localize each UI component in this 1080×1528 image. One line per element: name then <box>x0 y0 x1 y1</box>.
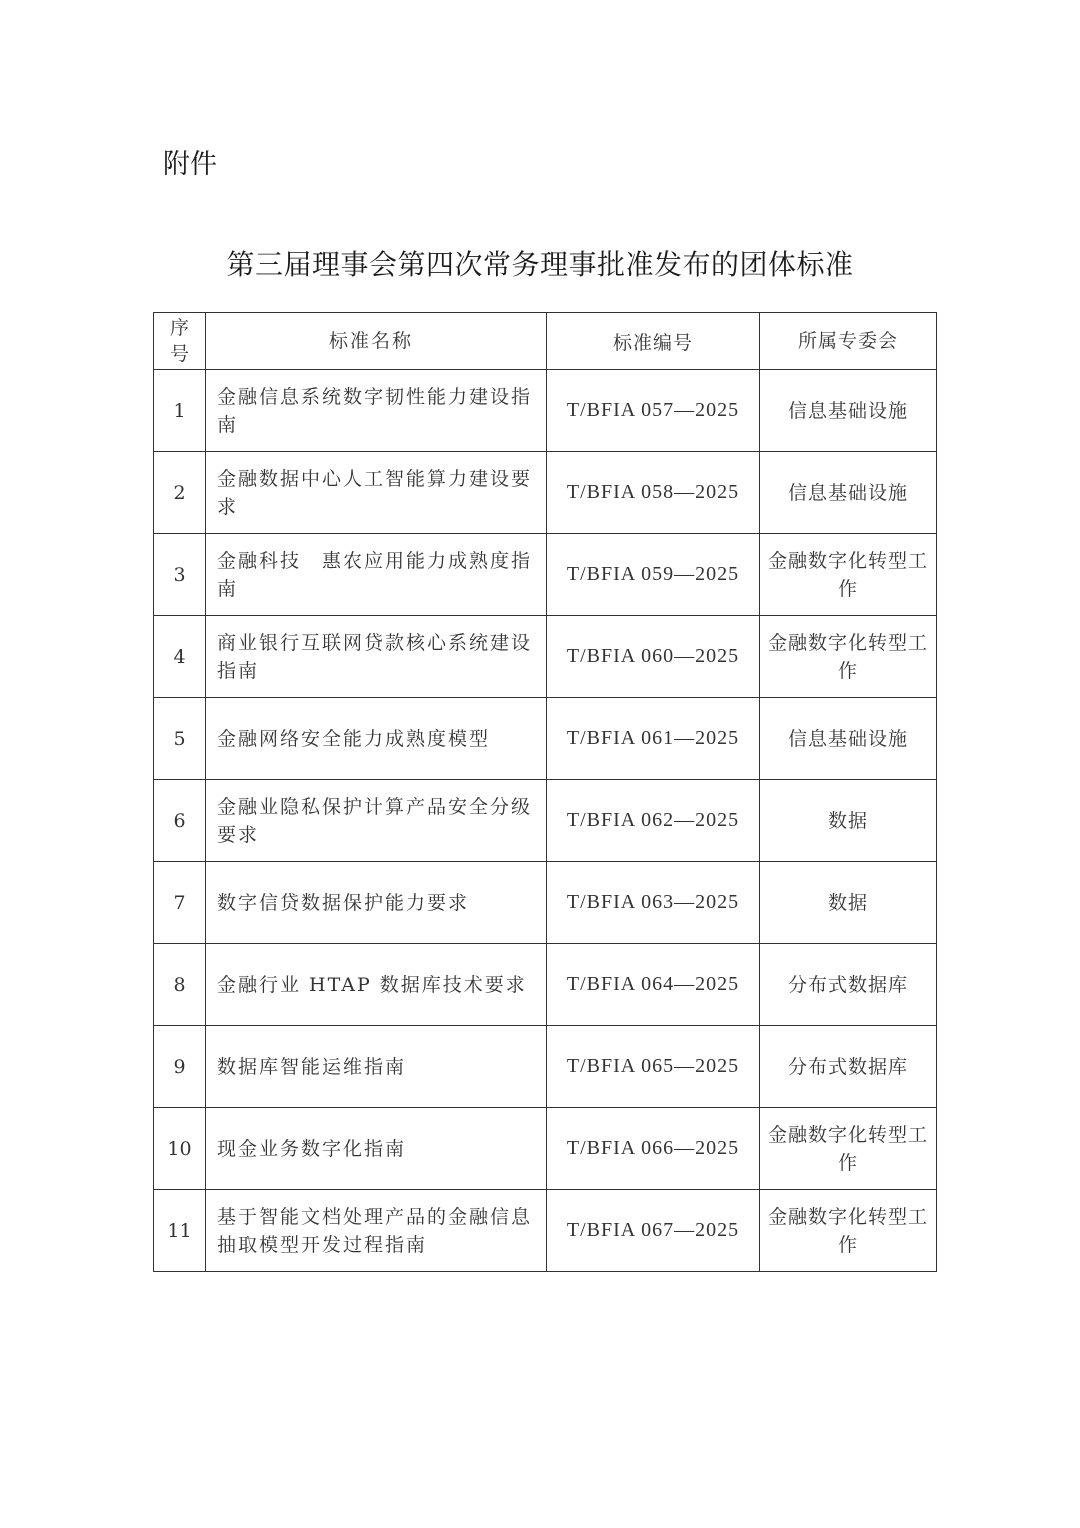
row-standard-name: 金融业隐私保护计算产品安全分级要求 <box>206 780 547 862</box>
header-index: 序 号 <box>154 313 206 370</box>
table-header-row: 序 号 标准名称 标准编号 所属专委会 <box>154 313 937 370</box>
table-row: 3金融科技 惠农应用能力成熟度指南T/BFIA 059—2025金融数字化转型工… <box>154 534 937 616</box>
row-committee: 分布式数据库 <box>760 944 937 1026</box>
table-row: 1金融信息系统数字韧性能力建设指南T/BFIA 057—2025信息基础设施 <box>154 370 937 452</box>
row-index: 10 <box>154 1108 206 1190</box>
row-standard-name: 金融信息系统数字韧性能力建设指南 <box>206 370 547 452</box>
row-standard-name: 金融数据中心人工智能算力建设要求 <box>206 452 547 534</box>
row-standard-code: T/BFIA 063—2025 <box>547 862 760 944</box>
row-committee: 金融数字化转型工作 <box>760 1108 937 1190</box>
row-index: 2 <box>154 452 206 534</box>
row-standard-code: T/BFIA 066—2025 <box>547 1108 760 1190</box>
header-name: 标准名称 <box>206 313 547 370</box>
row-standard-name: 基于智能文档处理产品的金融信息抽取模型开发过程指南 <box>206 1190 547 1272</box>
row-standard-name: 商业银行互联网贷款核心系统建设指南 <box>206 616 547 698</box>
row-standard-name: 金融行业 HTAP 数据库技术要求 <box>206 944 547 1026</box>
row-committee: 数据 <box>760 780 937 862</box>
row-standard-code: T/BFIA 064—2025 <box>547 944 760 1026</box>
row-standard-code: T/BFIA 057—2025 <box>547 370 760 452</box>
table-row: 4商业银行互联网贷款核心系统建设指南T/BFIA 060—2025金融数字化转型… <box>154 616 937 698</box>
row-committee: 数据 <box>760 862 937 944</box>
table-row: 5金融网络安全能力成熟度模型T/BFIA 061—2025信息基础设施 <box>154 698 937 780</box>
table-row: 2金融数据中心人工智能算力建设要求T/BFIA 058—2025信息基础设施 <box>154 452 937 534</box>
row-standard-name: 数字信贷数据保护能力要求 <box>206 862 547 944</box>
row-standard-code: T/BFIA 065—2025 <box>547 1026 760 1108</box>
row-index: 7 <box>154 862 206 944</box>
row-index: 3 <box>154 534 206 616</box>
header-index-line2: 号 <box>154 341 205 367</box>
row-index: 1 <box>154 370 206 452</box>
row-committee: 金融数字化转型工作 <box>760 1190 937 1272</box>
table-row: 9数据库智能运维指南T/BFIA 065—2025分布式数据库 <box>154 1026 937 1108</box>
document-title: 第三届理事会第四次常务理事批准发布的团体标准 <box>0 243 1080 283</box>
row-index: 9 <box>154 1026 206 1108</box>
row-standard-code: T/BFIA 058—2025 <box>547 452 760 534</box>
table-row: 7数字信贷数据保护能力要求T/BFIA 063—2025数据 <box>154 862 937 944</box>
row-index: 8 <box>154 944 206 1026</box>
header-index-line1: 序 <box>154 315 205 341</box>
row-committee: 信息基础设施 <box>760 698 937 780</box>
row-standard-name: 金融科技 惠农应用能力成熟度指南 <box>206 534 547 616</box>
row-committee: 信息基础设施 <box>760 452 937 534</box>
row-index: 11 <box>154 1190 206 1272</box>
table-row: 10现金业务数字化指南T/BFIA 066—2025金融数字化转型工作 <box>154 1108 937 1190</box>
row-index: 5 <box>154 698 206 780</box>
row-index: 6 <box>154 780 206 862</box>
table-row: 11基于智能文档处理产品的金融信息抽取模型开发过程指南T/BFIA 067—20… <box>154 1190 937 1272</box>
attachment-label: 附件 <box>163 142 217 181</box>
standards-table: 序 号 标准名称 标准编号 所属专委会 1金融信息系统数字韧性能力建设指南T/B… <box>153 312 937 1272</box>
row-committee: 金融数字化转型工作 <box>760 534 937 616</box>
row-standard-name: 金融网络安全能力成熟度模型 <box>206 698 547 780</box>
row-committee: 金融数字化转型工作 <box>760 616 937 698</box>
row-standard-name: 现金业务数字化指南 <box>206 1108 547 1190</box>
row-standard-name: 数据库智能运维指南 <box>206 1026 547 1108</box>
row-committee: 信息基础设施 <box>760 370 937 452</box>
row-standard-code: T/BFIA 061—2025 <box>547 698 760 780</box>
row-index: 4 <box>154 616 206 698</box>
table-row: 8金融行业 HTAP 数据库技术要求T/BFIA 064—2025分布式数据库 <box>154 944 937 1026</box>
row-standard-code: T/BFIA 059—2025 <box>547 534 760 616</box>
header-committee: 所属专委会 <box>760 313 937 370</box>
table-row: 6金融业隐私保护计算产品安全分级要求T/BFIA 062—2025数据 <box>154 780 937 862</box>
row-standard-code: T/BFIA 067—2025 <box>547 1190 760 1272</box>
row-standard-code: T/BFIA 060—2025 <box>547 616 760 698</box>
row-committee: 分布式数据库 <box>760 1026 937 1108</box>
row-standard-code: T/BFIA 062—2025 <box>547 780 760 862</box>
header-code: 标准编号 <box>547 313 760 370</box>
